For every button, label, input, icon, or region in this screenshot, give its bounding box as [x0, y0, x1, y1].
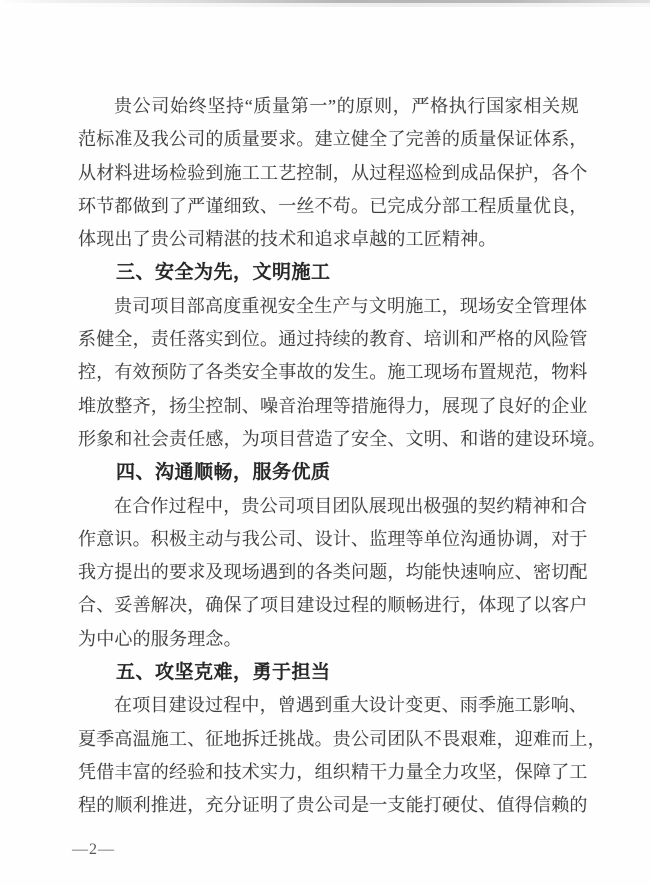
text-line: 形象和社会责任感，为项目营造了安全、文明、和谐的建设环境。	[78, 423, 579, 456]
text-line: 在项目建设过程中，曾遇到重大设计变更、雨季施工影响、	[78, 689, 579, 722]
text-line: 贵公司始终坚持“质量第一”的原则，严格执行国家相关规	[78, 90, 579, 123]
paragraph-quality: 贵公司始终坚持“质量第一”的原则，严格执行国家相关规 范标准及我公司的质量要求。…	[78, 90, 579, 256]
text-line: 作意识。积极主动与我公司、设计、监理等单位沟通协调，对于	[78, 523, 579, 556]
document-body: 贵公司始终坚持“质量第一”的原则，严格执行国家相关规 范标准及我公司的质量要求。…	[78, 90, 579, 823]
text-line: 体现出了贵公司精湛的技术和追求卓越的工匠精神。	[78, 223, 579, 256]
section-communication: 四、沟通顺畅，服务优质 在合作过程中，贵公司项目团队展现出极强的契约精神和合 作…	[78, 456, 579, 656]
text-line: 程的顺利推进，充分证明了贵公司是一支能打硬仗、值得信赖的	[78, 789, 579, 822]
text-line: 控，有效预防了各类安全事故的发生。施工现场布置规范，物料	[78, 356, 579, 389]
text-line: 系健全，责任落实到位。通过持续的教育、培训和严格的风险管	[78, 323, 579, 356]
text-line: 在合作过程中，贵公司项目团队展现出极强的契约精神和合	[78, 490, 579, 523]
section-heading-communication: 四、沟通顺畅，服务优质	[78, 456, 579, 489]
section-safety: 三、安全为先，文明施工 贵司项目部高度重视安全生产与文明施工，现场安全管理体 系…	[78, 256, 579, 456]
text-line: 我方提出的要求及现场遇到的各类问题，均能快速响应、密切配	[78, 556, 579, 589]
section-perseverance: 五、攻坚克难，勇于担当 在项目建设过程中，曾遇到重大设计变更、雨季施工影响、 夏…	[78, 656, 579, 822]
text-line: 从材料进场检验到施工工艺控制，从过程巡检到成品保护，各个	[78, 157, 579, 190]
text-line: 合、妥善解决，确保了项目建设过程的顺畅进行，体现了以客户	[78, 589, 579, 622]
text-line: 为中心的服务理念。	[78, 623, 579, 656]
text-line: 凭借丰富的经验和技术实力，组织精干力量全力攻坚，保障了工	[78, 756, 579, 789]
text-line: 夏季高温施工、征地拆迁挑战。贵公司团队不畏艰难，迎难而上，	[78, 723, 579, 756]
text-line: 范标准及我公司的质量要求。建立健全了完善的质量保证体系，	[78, 123, 579, 156]
text-line: 贵司项目部高度重视安全生产与文明施工，现场安全管理体	[78, 290, 579, 323]
scanned-document-page: 贵公司始终坚持“质量第一”的原则，严格执行国家相关规 范标准及我公司的质量要求。…	[0, 0, 650, 886]
text-line: 环节都做到了严谨细致、一丝不苟。已完成分部工程质量优良，	[78, 190, 579, 223]
section-heading-safety: 三、安全为先，文明施工	[78, 256, 579, 289]
page-number: —2—	[72, 841, 115, 859]
scan-artifact-top-blur	[40, 3, 650, 7]
text-line: 堆放整齐，扬尘控制、噪音治理等措施得力，展现了良好的企业	[78, 390, 579, 423]
section-heading-perseverance: 五、攻坚克难，勇于担当	[78, 656, 579, 689]
